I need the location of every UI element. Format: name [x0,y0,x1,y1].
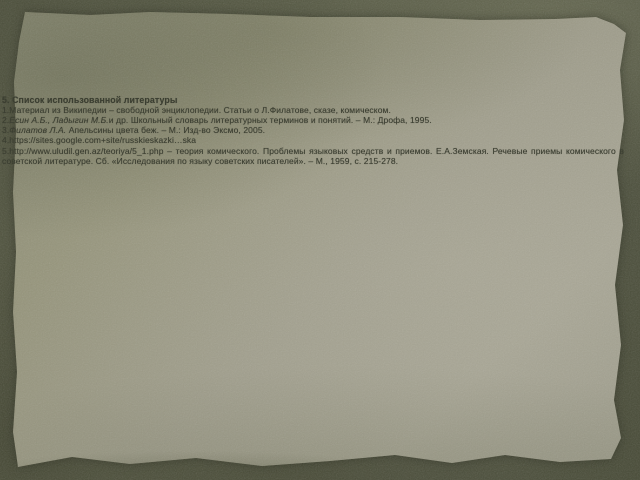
bibliography-block: 5. Список использованной литературы 1.Ма… [2,95,624,166]
item-3-text: Апельсины цвета беж. – М.: Изд-во Эксмо,… [66,125,265,135]
item-4-text: https://sites.google.com+site/russkieska… [9,135,196,145]
bibliography-item-5: 5.http://www.uludil.gen.az/teoriya/5_1.p… [2,146,624,166]
paper-shadow [0,0,640,480]
item-2-author: Есин А.Б., Ладыгин М.Б. [9,115,108,125]
item-2-text: и др. Школьный словарь литературных терм… [109,115,432,125]
bibliography-item-2: 2.Есин А.Б., Ладыгин М.Б.и др. Школьный … [2,115,624,125]
item-5-text: http://www.uludil.gen.az/teoriya/5_1.php… [2,146,624,166]
item-3-author: Филатов Л.А. [9,125,66,135]
bibliography-item-3: 3.Филатов Л.А. Апельсины цвета беж. – М.… [2,125,624,135]
bibliography-heading: 5. Список использованной литературы [2,95,624,105]
bibliography-item-1: 1.Материал из Википедии – свободной энци… [2,105,624,115]
paper-sheet [0,0,640,480]
slide: 5. Список использованной литературы 1.Ма… [0,0,640,480]
bibliography-item-4: 4.https://sites.google.com+site/russkies… [2,135,624,145]
item-1-text: Материал из Википедии – свободной энцикл… [9,105,391,115]
